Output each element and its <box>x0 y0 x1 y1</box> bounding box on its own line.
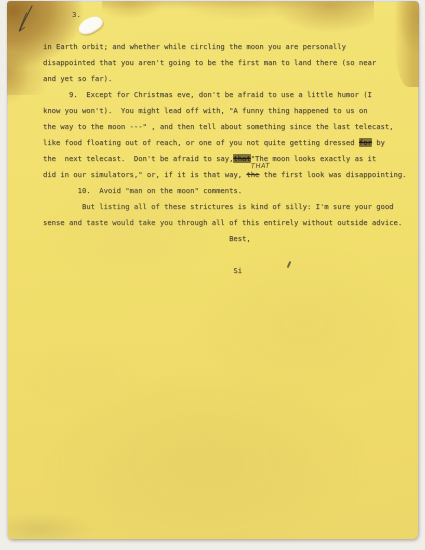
typed-text: disappointed that you aren't going to be… <box>43 58 376 67</box>
typed-text: 9. Except for Christmas eve, don't be af… <box>43 90 372 99</box>
stain-bottom-left <box>8 502 106 540</box>
typed-text: sense and taste would take you through a… <box>43 218 402 227</box>
typed-text: like food floating out of reach, or one … <box>43 138 359 147</box>
typed-text: did in our simulators," or, if it is tha… <box>43 170 246 179</box>
typed-line: disappointed that you aren't going to be… <box>43 55 407 71</box>
typed-line: sense and taste would take you through a… <box>43 215 407 231</box>
typed-text: know you won't). You might lead off with… <box>43 106 368 115</box>
typed-line: in Earth orbit; and whether while circli… <box>43 39 407 55</box>
typed-line: 9. Except for Christmas eve, don't be af… <box>43 87 407 103</box>
typed-line: and yet so far). <box>43 71 407 87</box>
typed-text: Si <box>43 266 242 275</box>
scan-backdrop: { "colors": { "backdrop": "#f0eee9", "pa… <box>0 0 425 550</box>
stain-left-edge <box>7 54 43 116</box>
crossed-out-word: that <box>233 154 250 163</box>
page-number: 3. <box>72 8 81 22</box>
typed-line: But listing all of these strictures is k… <box>43 199 407 215</box>
typed-text: But listing all of these strictures is k… <box>43 202 394 211</box>
letter-paper: 3. in Earth orbit; and whether while cir… <box>8 2 418 539</box>
typed-line: 10. Avoid "man on the moon" comments. <box>43 183 407 199</box>
typed-text: Best, <box>43 234 251 243</box>
typed-text: in Earth orbit; and whether while circli… <box>43 42 346 51</box>
typed-text: 10. Avoid "man on the moon" comments. <box>43 186 242 195</box>
typed-line <box>43 247 407 263</box>
typed-line: did in our simulators," or, if it is tha… <box>43 167 407 183</box>
typed-line: like food floating out of reach, or one … <box>43 135 407 151</box>
typed-text: the way to the moon ---" , and then tell… <box>43 122 394 131</box>
typed-line: the next telecast. Don't be afraid to sa… <box>43 151 407 167</box>
closing-line: Best, <box>43 231 407 247</box>
typed-text: by <box>372 138 385 147</box>
signature-line: Si <box>43 263 407 279</box>
handwritten-checkmark <box>12 4 38 36</box>
typed-text: the first look was disappointing. <box>259 170 406 179</box>
typed-line: the way to the moon ---" , and then tell… <box>43 119 407 135</box>
typed-text: the next telecast. Don't be afraid to sa… <box>43 154 233 163</box>
handwritten-that: THAT <box>251 162 270 173</box>
letter-body: in Earth orbit; and whether while circli… <box>43 39 407 279</box>
stain-top-edge <box>102 1 374 33</box>
crossed-out-word: for <box>359 138 372 147</box>
typed-line: know you won't). You might lead off with… <box>43 103 407 119</box>
typed-text: and yet so far). <box>43 74 112 83</box>
